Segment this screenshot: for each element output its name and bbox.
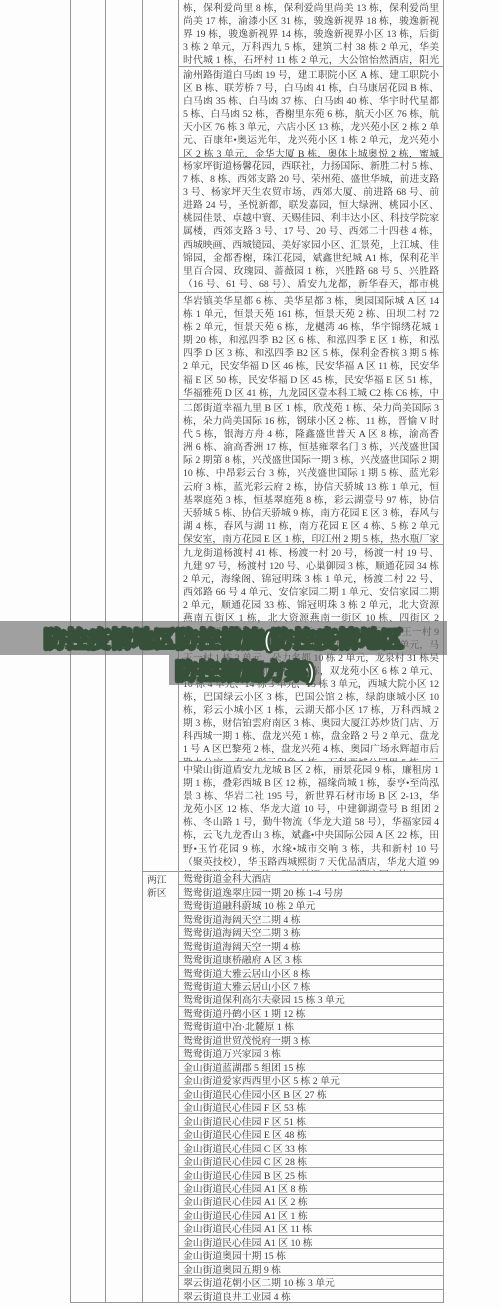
table-row: 金山街道民心佳园 F 区 53 栋 — [178, 1101, 443, 1114]
overlay-title-line2: 防控措施方案) — [169, 655, 321, 685]
table-row: 金山街道爱家西西里小区 5 栋 2 单元 — [178, 1074, 443, 1087]
table-row: 鸳鸯街道大雅云居山小区 7 栋 — [178, 980, 443, 993]
document-page: 栋，保利爱尚里 8 栋，保利爱尚里尚美 13 栋，保利爱尚里尚美 17 栋，渝漆… — [0, 0, 500, 1309]
table-paragraph-cell: 栋，保利爱尚里 8 栋，保利爱尚里尚美 13 栋，保利爱尚里尚美 17 栋，渝漆… — [178, 0, 443, 67]
table-row: 鸳鸯街道康桥融府 A 区 3 栋 — [178, 953, 443, 966]
table-row: 金山街道民心佳园 A1 区 8 栋 — [178, 1182, 443, 1195]
table-row: 翠云街道花朝小区二期 10 栋 3 单元 — [178, 1276, 443, 1289]
table-row: 鸳鸯街道逸翠庄园一期 20 栋 1-4 号房 — [178, 885, 443, 898]
district-rows: 鸳鸯街道金科大酒店鸳鸯街道逸翠庄园一期 20 栋 1-4 号房鸳鸯街道融科蔚城 … — [178, 872, 443, 1302]
table-paragraph-cell: 杨家坪街道杨馨花园，西联社，力扬国际、新胜二村 5 栋、7 栋、8 栋、西郊支路… — [178, 158, 443, 293]
table-row: 鸳鸯街道海阔天空二期 4 栋 — [178, 912, 443, 925]
overlay-title-line1: 防控疫情地区防控措施(防控疫情地区 — [0, 621, 447, 655]
table-row: 鸳鸯街道金科大酒店 — [178, 872, 443, 885]
table-row: 金山街道蓝湖郡 5 组团 15 栋 — [178, 1061, 443, 1074]
table-row: 金山街道奥园十期 15 栋 — [178, 1249, 443, 1262]
table-row: 鸳鸯街道保利高尔夫豪园 15 栋 3 单元 — [178, 993, 443, 1006]
table-row: 鸳鸯街道中冶·北麓原 1 栋 — [178, 1020, 443, 1033]
table-row: 鸳鸯街道万兴家园 3 栋 — [178, 1047, 443, 1060]
district-label-cell: 两江新区 — [142, 872, 178, 1302]
table-row: 金山街道奥园五期 9 栋 — [178, 1263, 443, 1276]
table-row: 鸳鸯街道大雅云居山小区 8 栋 — [178, 966, 443, 979]
table-row: 翠云街道良井工业园 4 栋 — [178, 1290, 443, 1302]
table-bottom-border — [70, 1302, 444, 1303]
table-row: 金山街道民心佳园 A1 区 2 栋 — [178, 1195, 443, 1208]
district-section: 两江新区 鸳鸯街道金科大酒店鸳鸯街道逸翠庄园一期 20 栋 1-4 号房鸳鸯街道… — [142, 871, 443, 1302]
table-row: 金山街道民心佳园 E 区 48 栋 — [178, 1128, 443, 1141]
table-row: 金山街道民心佳园 A1 区 11 栋 — [178, 1222, 443, 1235]
table-row: 金山街道民心佳园 C 区 33 栋 — [178, 1141, 443, 1154]
table-paragraph-cell: 二郎街道幸福九里 B 区 1 栋，欣茂苑 1 栋、朵力尚美国际 3 栋，朵力尚美… — [178, 400, 443, 545]
table-row: 鸳鸯街道世贸茂悦府一期 3 栋 — [178, 1034, 443, 1047]
table-row: 金山街道民心佳园 C 区 28 栋 — [178, 1155, 443, 1168]
table-row: 鸳鸯街道丹鹤小区 1 期 12 栋 — [178, 1007, 443, 1020]
table-row: 金山街道民心佳园小区 B 区 27 栋 — [178, 1088, 443, 1101]
table-paragraph-cell: 渝州路街道白马凼 19 号，建工职院小区 A 栋、建工职院小区 B 栋、联芳桥 … — [178, 67, 443, 158]
table-row: 鸳鸯街道海阔天空一期 4 栋 — [178, 939, 443, 952]
table-row: 金山街道民心佳园 A1 区 1 栋 — [178, 1209, 443, 1222]
table-row: 鸳鸯街道融科蔚城 10 栋 2 单元 — [178, 899, 443, 912]
table-paragraph-cell: 中梁山街道盾安九龙城 B 区 2 栋，丽景花园 9 栋，廉租房 1 期 1 栋，… — [178, 762, 443, 871]
table-row: 金山街道民心佳园 B 区 25 栋 — [178, 1168, 443, 1181]
table-paragraph-cell: 华岩镇美华星都 6 栋、美华星都 3 栋，奥园国际城 A 区 14 栋 1 单元… — [178, 293, 443, 400]
table-row: 鸳鸯街道海阔天空二期 3 栋 — [178, 926, 443, 939]
table-row: 金山街道民心佳园 A1 区 10 栋 — [178, 1236, 443, 1249]
table-row: 金山街道民心佳园 F 区 51 栋 — [178, 1114, 443, 1127]
